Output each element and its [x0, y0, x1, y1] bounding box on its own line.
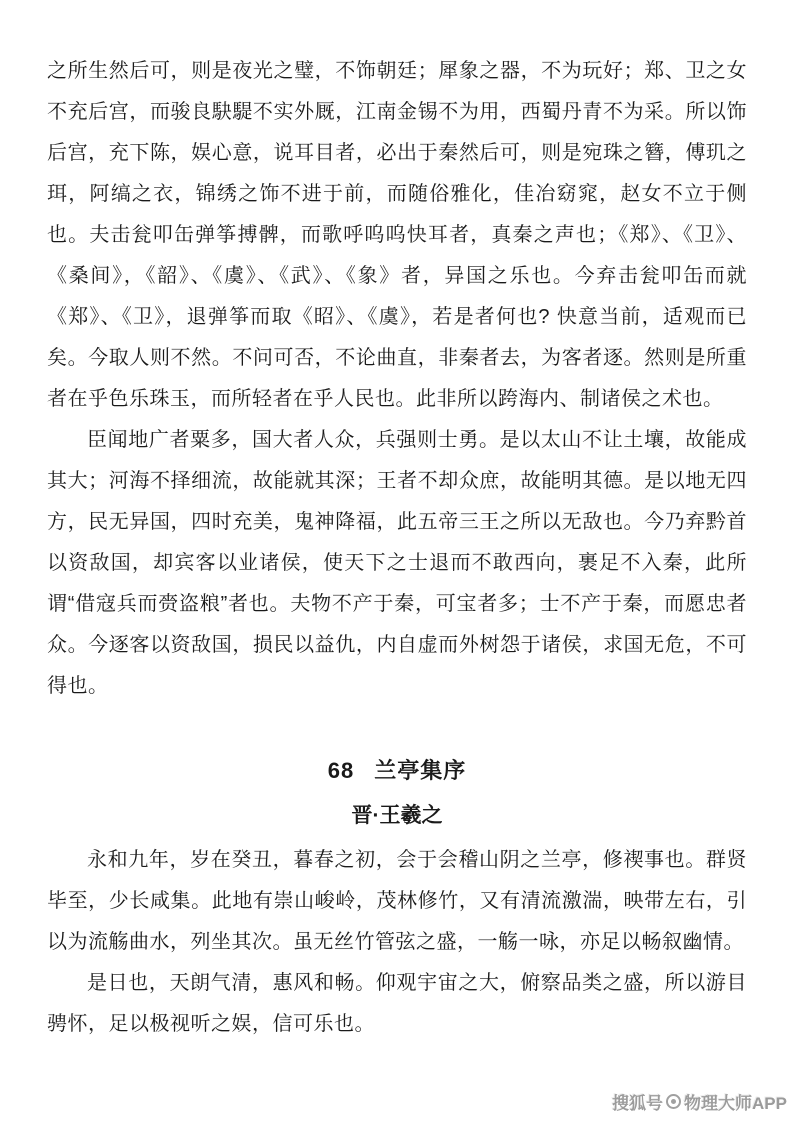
sohu-logo-icon [666, 1094, 681, 1109]
paragraph-body: 永和九年，岁在癸丑，暮春之初，会于会稽山阴之兰亭，修禊事也。群贤毕至，少长咸集。… [47, 840, 747, 963]
section-title-text: 兰亭集序 [374, 758, 466, 783]
paragraph-body: 臣闻地广者粟多，国大者人众，兵强则士勇。是以太山不让土壤，故能成其大；河海不择细… [47, 420, 747, 707]
paragraph-continuation: 之所生然后可，则是夜光之璧，不饰朝廷；犀象之器，不为玩好；郑、卫之女不充后宫，而… [47, 51, 747, 420]
section-author: 晋·王羲之 [47, 795, 747, 836]
paragraph-body: 是日也，天朗气清，惠风和畅。仰观宇宙之大，俯察品类之盛，所以游目骋怀，足以极视听… [47, 963, 747, 1045]
section-title: 68兰亭集序 [47, 750, 747, 791]
watermark-suffix: 物理大师APP [684, 1089, 787, 1114]
document-page: 之所生然后可，则是夜光之璧，不饰朝廷；犀象之器，不为玩好；郑、卫之女不充后宫，而… [0, 0, 793, 1122]
watermark-prefix: 搜狐号 [612, 1089, 663, 1114]
section-number: 68 [328, 758, 354, 783]
watermark: 搜狐号 物理大师APP [612, 1089, 787, 1114]
